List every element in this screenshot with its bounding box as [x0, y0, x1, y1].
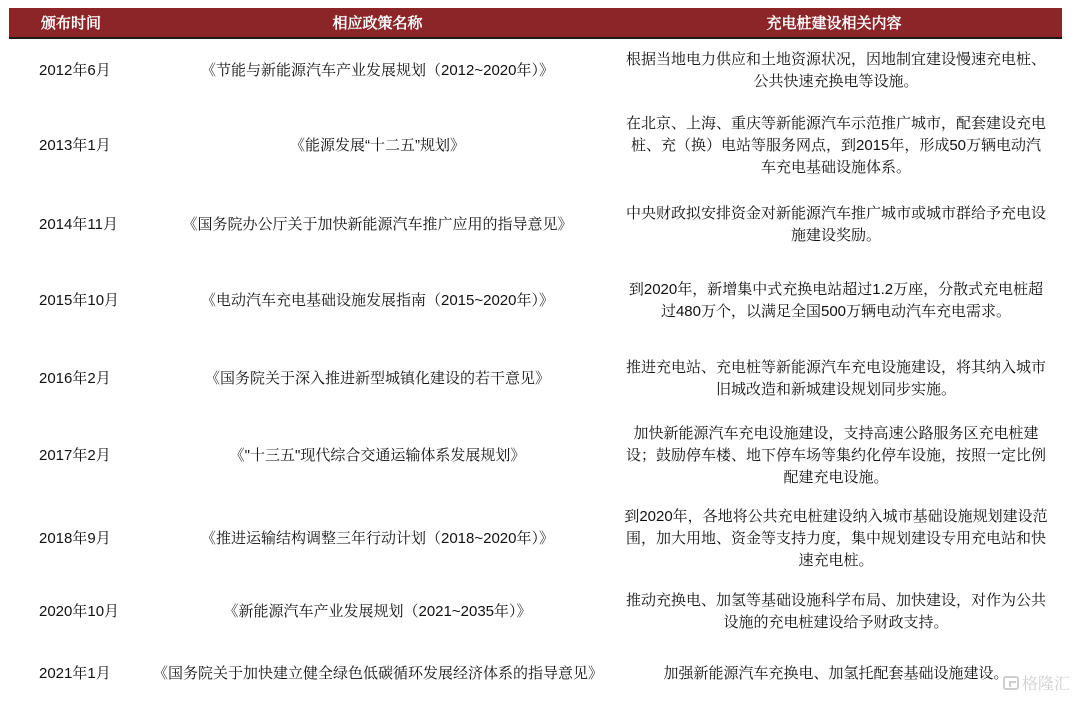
table-row: 2020年10月 《新能源汽车产业发展规划（2021~2035年）》 推动充换电…	[9, 580, 1062, 644]
table-row: 2017年2月 《"十三五"现代综合交通运输体系发展规划》 加快新能源汽车充电设…	[9, 414, 1062, 498]
row-policy-name: 《"十三五"现代综合交通运输体系发展规划》	[149, 445, 606, 467]
row-content: 中央财政拟安排资金对新能源汽车推广城市或城市群给予充电设施建设奖励。	[606, 203, 1062, 247]
row-date: 2016年2月	[9, 368, 149, 390]
row-policy-name: 《节能与新能源汽车产业发展规划（2012~2020年）》	[149, 60, 606, 82]
header-date: 颁布时间	[9, 12, 149, 33]
table-row: 2016年2月 《国务院关于深入推进新型城镇化建设的若干意见》 推进充电站、充电…	[9, 343, 1062, 414]
table-row: 2021年1月 《国务院关于加快建立健全绿色低碳循环发展经济体系的指导意见》 加…	[9, 644, 1062, 702]
row-policy-name: 《国务院关于深入推进新型城镇化建设的若干意见》	[149, 368, 606, 390]
watermark-text: 格隆汇	[1022, 671, 1070, 694]
table-row: 2013年1月 《能源发展“十二五”规划》 在北京、上海、重庆等新能源汽车示范推…	[9, 102, 1062, 190]
row-policy-name: 《新能源汽车产业发展规划（2021~2035年）》	[149, 601, 606, 623]
row-date: 2017年2月	[9, 445, 149, 467]
table-row: 2014年11月 《国务院办公厅关于加快新能源汽车推广应用的指导意见》 中央财政…	[9, 190, 1062, 259]
row-content: 到2020年，各地将公共充电桩建设纳入城市基础设施规划建设范围，加大用地、资金等…	[606, 506, 1062, 572]
table-header: 颁布时间 相应政策名称 充电桩建设相关内容	[9, 8, 1062, 39]
row-date: 2018年9月	[9, 528, 149, 550]
row-content: 到2020年，新增集中式充换电站超过1.2万座，分散式充电桩超过480万个，以满…	[606, 279, 1062, 323]
row-content: 推动充换电、加氢等基础设施科学布局、加快建设，对作为公共设施的充电桩建设给予财政…	[606, 590, 1062, 634]
row-date: 2020年10月	[9, 601, 149, 623]
row-content: 推进充电站、充电桩等新能源汽车充电设施建设，将其纳入城市旧城改造和新城建设规划同…	[606, 357, 1062, 401]
row-date: 2013年1月	[9, 135, 149, 157]
table-row: 2012年6月 《节能与新能源汽车产业发展规划（2012~2020年）》 根据当…	[9, 39, 1062, 102]
policy-table: 颁布时间 相应政策名称 充电桩建设相关内容 2012年6月 《节能与新能源汽车产…	[9, 8, 1062, 702]
row-policy-name: 《推进运输结构调整三年行动计划（2018~2020年）》	[149, 528, 606, 550]
row-policy-name: 《能源发展“十二五”规划》	[149, 135, 606, 157]
row-date: 2012年6月	[9, 60, 149, 82]
table-row: 2015年10月 《电动汽车充电基础设施发展指南（2015~2020年）》 到2…	[9, 259, 1062, 343]
row-content: 根据当地电力供应和土地资源状况，因地制宜建设慢速充电桩、公共快速充换电等设施。	[606, 49, 1062, 93]
header-policy-name: 相应政策名称	[149, 12, 606, 33]
row-content: 加快新能源汽车充电设施建设，支持高速公路服务区充电桩建设；鼓励停车楼、地下停车场…	[606, 423, 1062, 489]
row-date: 2015年10月	[9, 290, 149, 312]
header-content: 充电桩建设相关内容	[606, 12, 1062, 33]
row-date: 2014年11月	[9, 214, 149, 236]
row-policy-name: 《电动汽车充电基础设施发展指南（2015~2020年）》	[149, 290, 606, 312]
row-policy-name: 《国务院关于加快建立健全绿色低碳循环发展经济体系的指导意见》	[149, 663, 606, 685]
row-policy-name: 《国务院办公厅关于加快新能源汽车推广应用的指导意见》	[149, 214, 606, 236]
row-date: 2021年1月	[9, 663, 149, 685]
row-content: 在北京、上海、重庆等新能源汽车示范推广城市，配套建设充电桩、充（换）电站等服务网…	[606, 113, 1062, 179]
row-content: 加强新能源汽车充换电、加氢托配套基础设施建设。	[606, 663, 1062, 685]
gelonghui-logo-icon	[1003, 676, 1019, 690]
table-row: 2018年9月 《推进运输结构调整三年行动计划（2018~2020年）》 到20…	[9, 498, 1062, 580]
watermark: 格隆汇	[1003, 671, 1070, 694]
